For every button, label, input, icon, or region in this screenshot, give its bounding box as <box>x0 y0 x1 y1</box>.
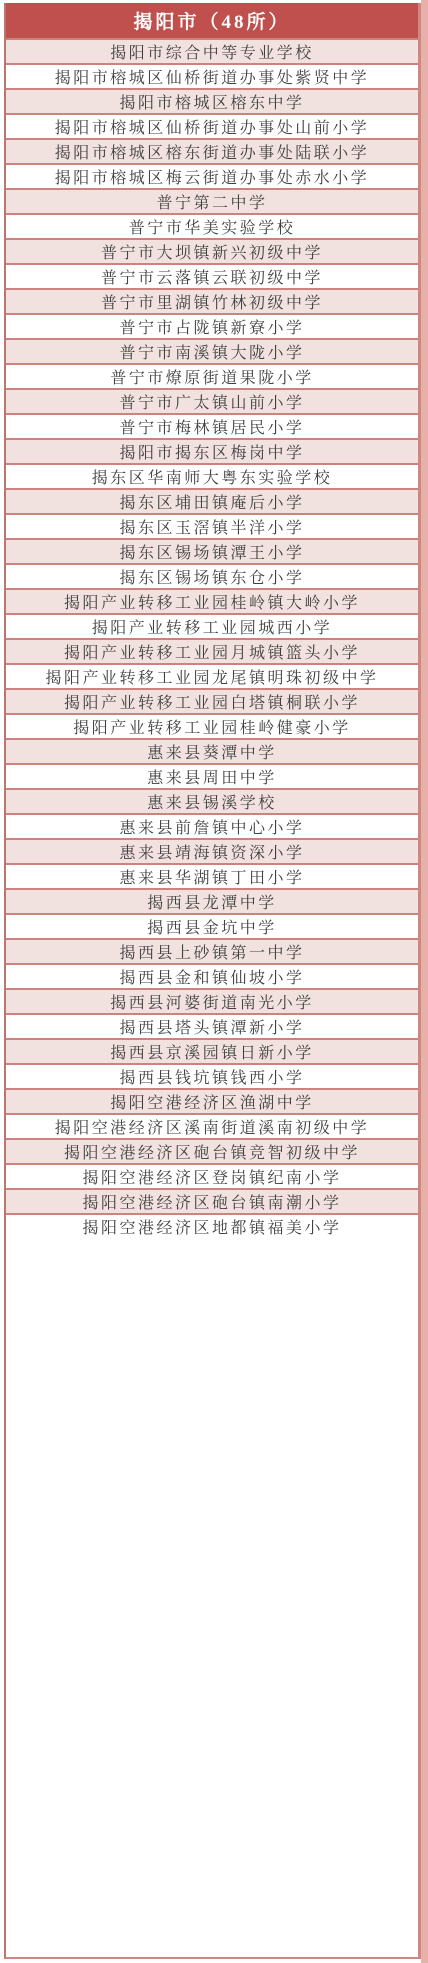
table-row: 揭阳产业转移工业园城西小学 <box>6 613 418 638</box>
table-row: 揭东区埔田镇庵后小学 <box>6 488 418 513</box>
table-row: 普宁市华美实验学校 <box>6 213 418 238</box>
school-name: 揭阳市榕城区榕东街道办事处陆联小学 <box>55 140 370 163</box>
table-row: 揭西县上砂镇第一中学 <box>6 938 418 963</box>
school-name: 揭阳市榕城区榕东中学 <box>119 90 304 113</box>
table-row: 揭阳产业转移工业园白塔镇桐联小学 <box>6 688 418 713</box>
school-name: 普宁市占陇镇新寮小学 <box>119 315 304 338</box>
school-name: 普宁市里湖镇竹林初级中学 <box>101 290 323 313</box>
table-row: 揭西县金和镇仙坡小学 <box>6 963 418 988</box>
table-row: 揭阳产业转移工业园龙尾镇明珠初级中学 <box>6 663 418 688</box>
school-name: 揭东区华南师大粤东实验学校 <box>92 465 333 488</box>
table-row: 揭东区锡场镇潭王小学 <box>6 538 418 563</box>
table-row: 揭阳市榕城区榕东街道办事处陆联小学 <box>6 138 418 163</box>
table-row: 揭阳市榕城区梅云街道办事处赤水小学 <box>6 163 418 188</box>
school-name: 普宁市南溪镇大陇小学 <box>119 340 304 363</box>
school-table: 揭阳市（48所） 揭阳市综合中等专业学校 揭阳市榕城区仙桥街道办事处紫贤中学 揭… <box>4 3 421 1959</box>
school-name: 揭阳产业转移工业园月城镇篮头小学 <box>64 640 360 663</box>
table-row: 揭阳空港经济区地都镇福美小学 <box>6 1213 418 1238</box>
table-row: 普宁市燎原街道果陇小学 <box>6 363 418 388</box>
table-row: 揭西县塔头镇潭新小学 <box>6 1013 418 1038</box>
table-row: 普宁市南溪镇大陇小学 <box>6 338 418 363</box>
table-row: 揭阳市榕城区仙桥街道办事处山前小学 <box>6 113 418 138</box>
table-row: 惠来县锡溪学校 <box>6 788 418 813</box>
school-name: 揭阳空港经济区登岗镇纪南小学 <box>82 1165 341 1188</box>
school-name: 揭阳空港经济区砲台镇竞智初级中学 <box>64 1140 360 1163</box>
school-name: 揭阳产业转移工业园龙尾镇明珠初级中学 <box>45 665 378 688</box>
table-row: 揭阳市揭东区梅岗中学 <box>6 438 418 463</box>
table-body: 揭阳市综合中等专业学校 揭阳市榕城区仙桥街道办事处紫贤中学 揭阳市榕城区榕东中学… <box>6 38 418 1238</box>
table-row: 揭阳空港经济区砲台镇南潮小学 <box>6 1188 418 1213</box>
table-row: 揭阳市榕城区仙桥街道办事处紫贤中学 <box>6 63 418 88</box>
school-name: 揭西县龙潭中学 <box>147 890 277 913</box>
table-row: 揭西县钱坑镇钱西小学 <box>6 1063 418 1088</box>
school-name: 惠来县锡溪学校 <box>147 790 277 813</box>
school-name: 惠来县周田中学 <box>147 765 277 788</box>
school-name: 揭阳产业转移工业园桂岭镇大岭小学 <box>64 590 360 613</box>
right-edge-strip <box>421 0 428 1963</box>
table-row: 揭阳空港经济区登岗镇纪南小学 <box>6 1163 418 1188</box>
school-name: 惠来县华湖镇丁田小学 <box>119 865 304 888</box>
school-name: 惠来县靖海镇资深小学 <box>119 840 304 863</box>
table-row: 揭东区玉滘镇半洋小学 <box>6 513 418 538</box>
school-name: 揭西县钱坑镇钱西小学 <box>119 1065 304 1088</box>
table-header-title: 揭阳市（48所） <box>133 7 290 34</box>
school-name: 揭阳空港经济区溪南街道溪南初级中学 <box>55 1115 370 1138</box>
table-row: 揭阳空港经济区溪南街道溪南初级中学 <box>6 1113 418 1138</box>
school-name: 揭阳市榕城区仙桥街道办事处山前小学 <box>55 115 370 138</box>
school-name: 揭西县上砂镇第一中学 <box>119 940 304 963</box>
school-name: 普宁市广太镇山前小学 <box>119 390 304 413</box>
school-name: 普宁市梅林镇居民小学 <box>119 415 304 438</box>
table-row: 揭阳空港经济区砲台镇竞智初级中学 <box>6 1138 418 1163</box>
table-row: 惠来县前詹镇中心小学 <box>6 813 418 838</box>
table-row: 揭西县河婆街道南光小学 <box>6 988 418 1013</box>
school-name: 揭西县河婆街道南光小学 <box>110 990 314 1013</box>
school-name: 揭阳产业转移工业园城西小学 <box>92 615 333 638</box>
school-name: 揭阳空港经济区渔湖中学 <box>110 1090 314 1113</box>
table-row: 揭阳空港经济区渔湖中学 <box>6 1088 418 1113</box>
school-name: 普宁市大坝镇新兴初级中学 <box>101 240 323 263</box>
table-row: 普宁市里湖镇竹林初级中学 <box>6 288 418 313</box>
school-name: 揭阳产业转移工业园白塔镇桐联小学 <box>64 690 360 713</box>
school-list-page: 揭阳市（48所） 揭阳市综合中等专业学校 揭阳市榕城区仙桥街道办事处紫贤中学 揭… <box>0 0 428 1963</box>
table-row: 惠来县华湖镇丁田小学 <box>6 863 418 888</box>
school-name: 揭阳市榕城区仙桥街道办事处紫贤中学 <box>55 65 370 88</box>
school-name: 普宁市华美实验学校 <box>129 215 296 238</box>
table-row: 揭阳市综合中等专业学校 <box>6 38 418 63</box>
table-row: 揭阳产业转移工业园桂岭健豪小学 <box>6 713 418 738</box>
table-row: 揭阳产业转移工业园月城镇篮头小学 <box>6 638 418 663</box>
table-row: 揭阳产业转移工业园桂岭镇大岭小学 <box>6 588 418 613</box>
school-name: 揭东区锡场镇东仓小学 <box>119 565 304 588</box>
school-name: 揭阳市综合中等专业学校 <box>110 40 314 63</box>
table-row: 揭西县金坑中学 <box>6 913 418 938</box>
school-name: 揭阳市揭东区梅岗中学 <box>119 440 304 463</box>
table-row: 普宁市云落镇云联初级中学 <box>6 263 418 288</box>
table-row: 揭西县京溪园镇日新小学 <box>6 1038 418 1063</box>
table-row: 惠来县周田中学 <box>6 763 418 788</box>
table-row: 普宁市梅林镇居民小学 <box>6 413 418 438</box>
school-name: 揭西县金坑中学 <box>147 915 277 938</box>
table-row: 惠来县靖海镇资深小学 <box>6 838 418 863</box>
school-name: 揭阳市榕城区梅云街道办事处赤水小学 <box>55 165 370 188</box>
table-row: 揭西县龙潭中学 <box>6 888 418 913</box>
table-row: 普宁市广太镇山前小学 <box>6 388 418 413</box>
school-name: 惠来县前詹镇中心小学 <box>119 815 304 838</box>
table-row: 揭东区华南师大粤东实验学校 <box>6 463 418 488</box>
school-name: 普宁市燎原街道果陇小学 <box>110 365 314 388</box>
school-name: 普宁市云落镇云联初级中学 <box>101 265 323 288</box>
table-row: 揭阳市榕城区榕东中学 <box>6 88 418 113</box>
table-row: 揭东区锡场镇东仓小学 <box>6 563 418 588</box>
table-row: 普宁第二中学 <box>6 188 418 213</box>
school-name: 揭东区埔田镇庵后小学 <box>119 490 304 513</box>
school-name: 普宁第二中学 <box>156 190 267 213</box>
table-header: 揭阳市（48所） <box>6 3 418 38</box>
school-name: 揭阳产业转移工业园桂岭健豪小学 <box>73 715 351 738</box>
school-name: 揭阳空港经济区砲台镇南潮小学 <box>82 1190 341 1213</box>
school-name: 揭东区锡场镇潭王小学 <box>119 540 304 563</box>
school-name: 揭阳空港经济区地都镇福美小学 <box>82 1215 341 1238</box>
school-name: 揭西县塔头镇潭新小学 <box>119 1015 304 1038</box>
table-row: 惠来县葵潭中学 <box>6 738 418 763</box>
school-name: 揭西县京溪园镇日新小学 <box>110 1040 314 1063</box>
table-row: 普宁市大坝镇新兴初级中学 <box>6 238 418 263</box>
school-name: 揭东区玉滘镇半洋小学 <box>119 515 304 538</box>
school-name: 揭西县金和镇仙坡小学 <box>119 965 304 988</box>
table-row: 普宁市占陇镇新寮小学 <box>6 313 418 338</box>
school-name: 惠来县葵潭中学 <box>147 740 277 763</box>
